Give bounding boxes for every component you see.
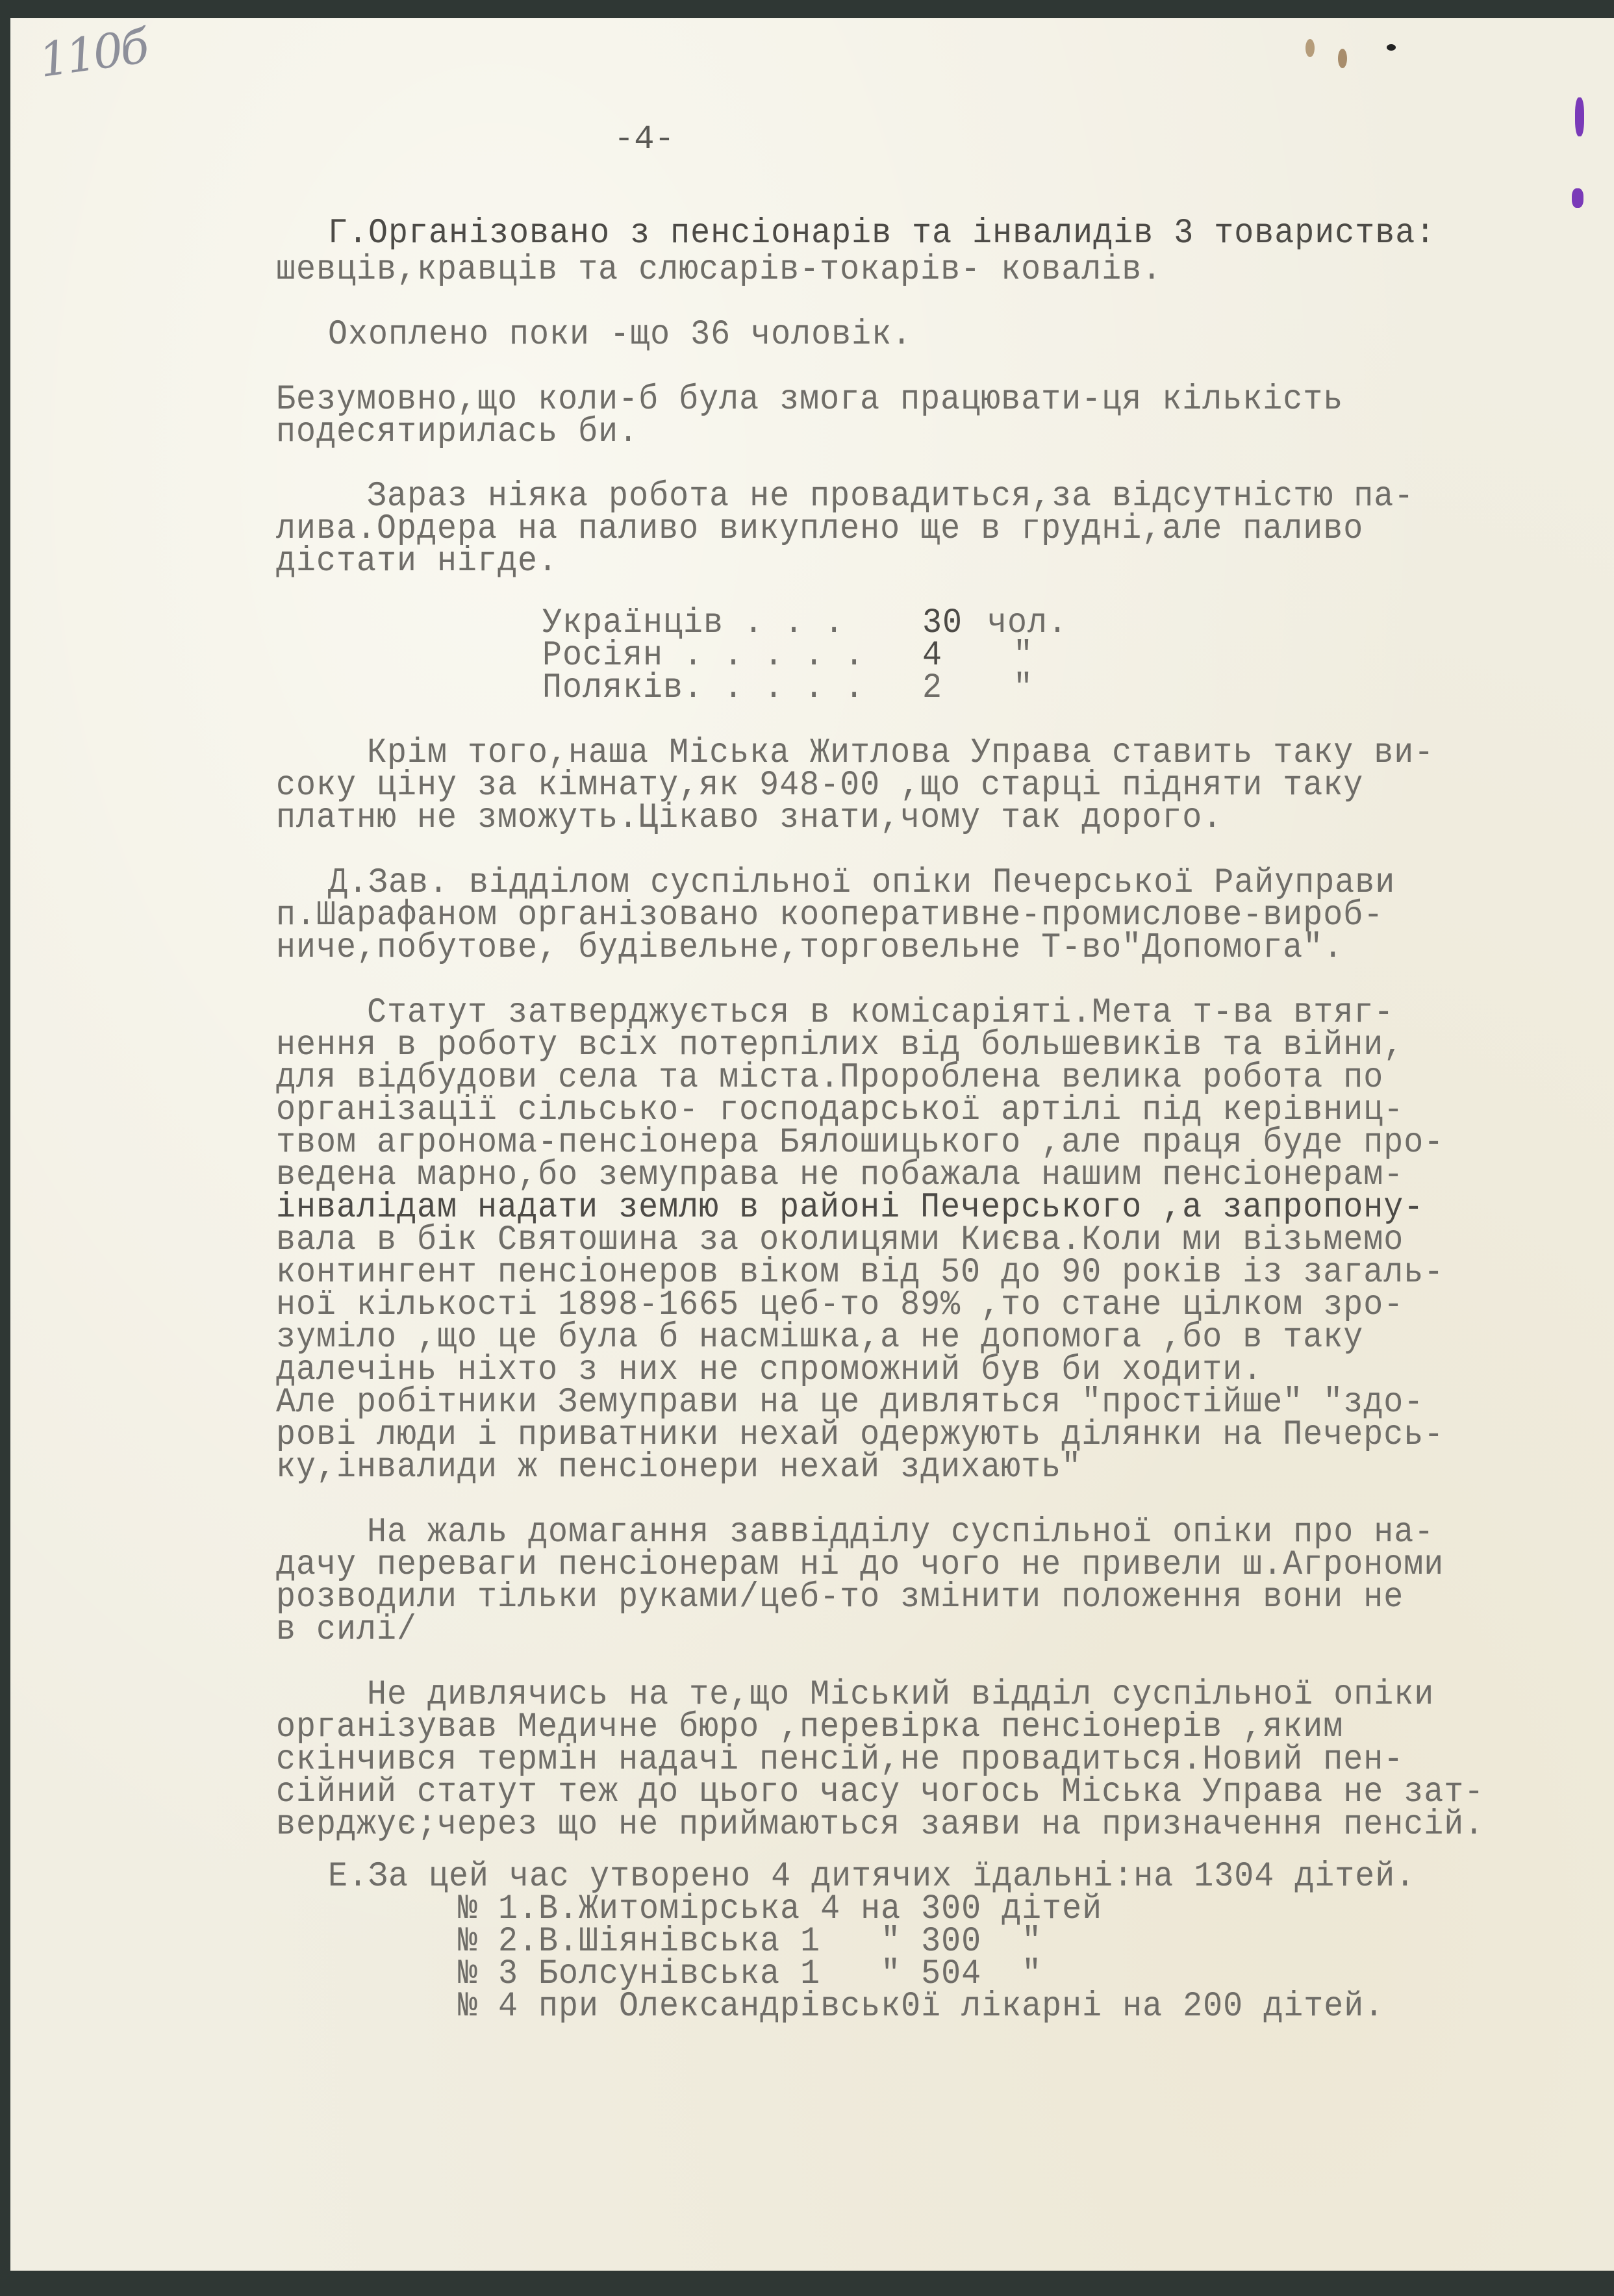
purple-stamp-mark — [1572, 188, 1583, 208]
nationality-label: Поляків. . . . . — [542, 669, 864, 708]
undoubtedly-line-2: подесятирилась би. — [276, 413, 638, 452]
canteen-item: № 4 при Олександрівськ0ї лікарні на 200 … — [458, 1987, 1384, 2026]
section-g-line-1: Г.Організовано з пенсіонарів та інвалиді… — [328, 214, 1435, 253]
despite-line: верджує;через що не приймаються заяви на… — [276, 1806, 1484, 1845]
ink-dot — [1387, 44, 1396, 51]
purple-stamp-mark — [1575, 97, 1584, 136]
section-g-line-2: шевців,кравців та слюсарів-токарів- кова… — [276, 251, 1162, 290]
besides-line-3: платню не зможуть.Цікаво знати,чому так … — [276, 799, 1222, 838]
stain-mark — [1305, 39, 1315, 57]
stain-mark — [1338, 49, 1347, 68]
unfortunately-line: в силі/ — [276, 1611, 417, 1650]
now-line-3: дістати нігде. — [276, 542, 558, 581]
page-number: -4- — [614, 120, 675, 158]
covered-count: Охоплено поки -що 36 чоловік. — [328, 316, 912, 355]
section-d-line-3: ниче,побутове, будівельне,торговельне Т-… — [276, 929, 1343, 968]
statute-line: ку,інвалиди ж пенсіонери нехай здихають" — [276, 1448, 1081, 1487]
nationality-count: 2 — [922, 669, 942, 708]
unfortunately-line: розводили тільки руками/цеб-то змінити п… — [276, 1578, 1404, 1617]
nationality-unit: " — [1013, 669, 1033, 708]
